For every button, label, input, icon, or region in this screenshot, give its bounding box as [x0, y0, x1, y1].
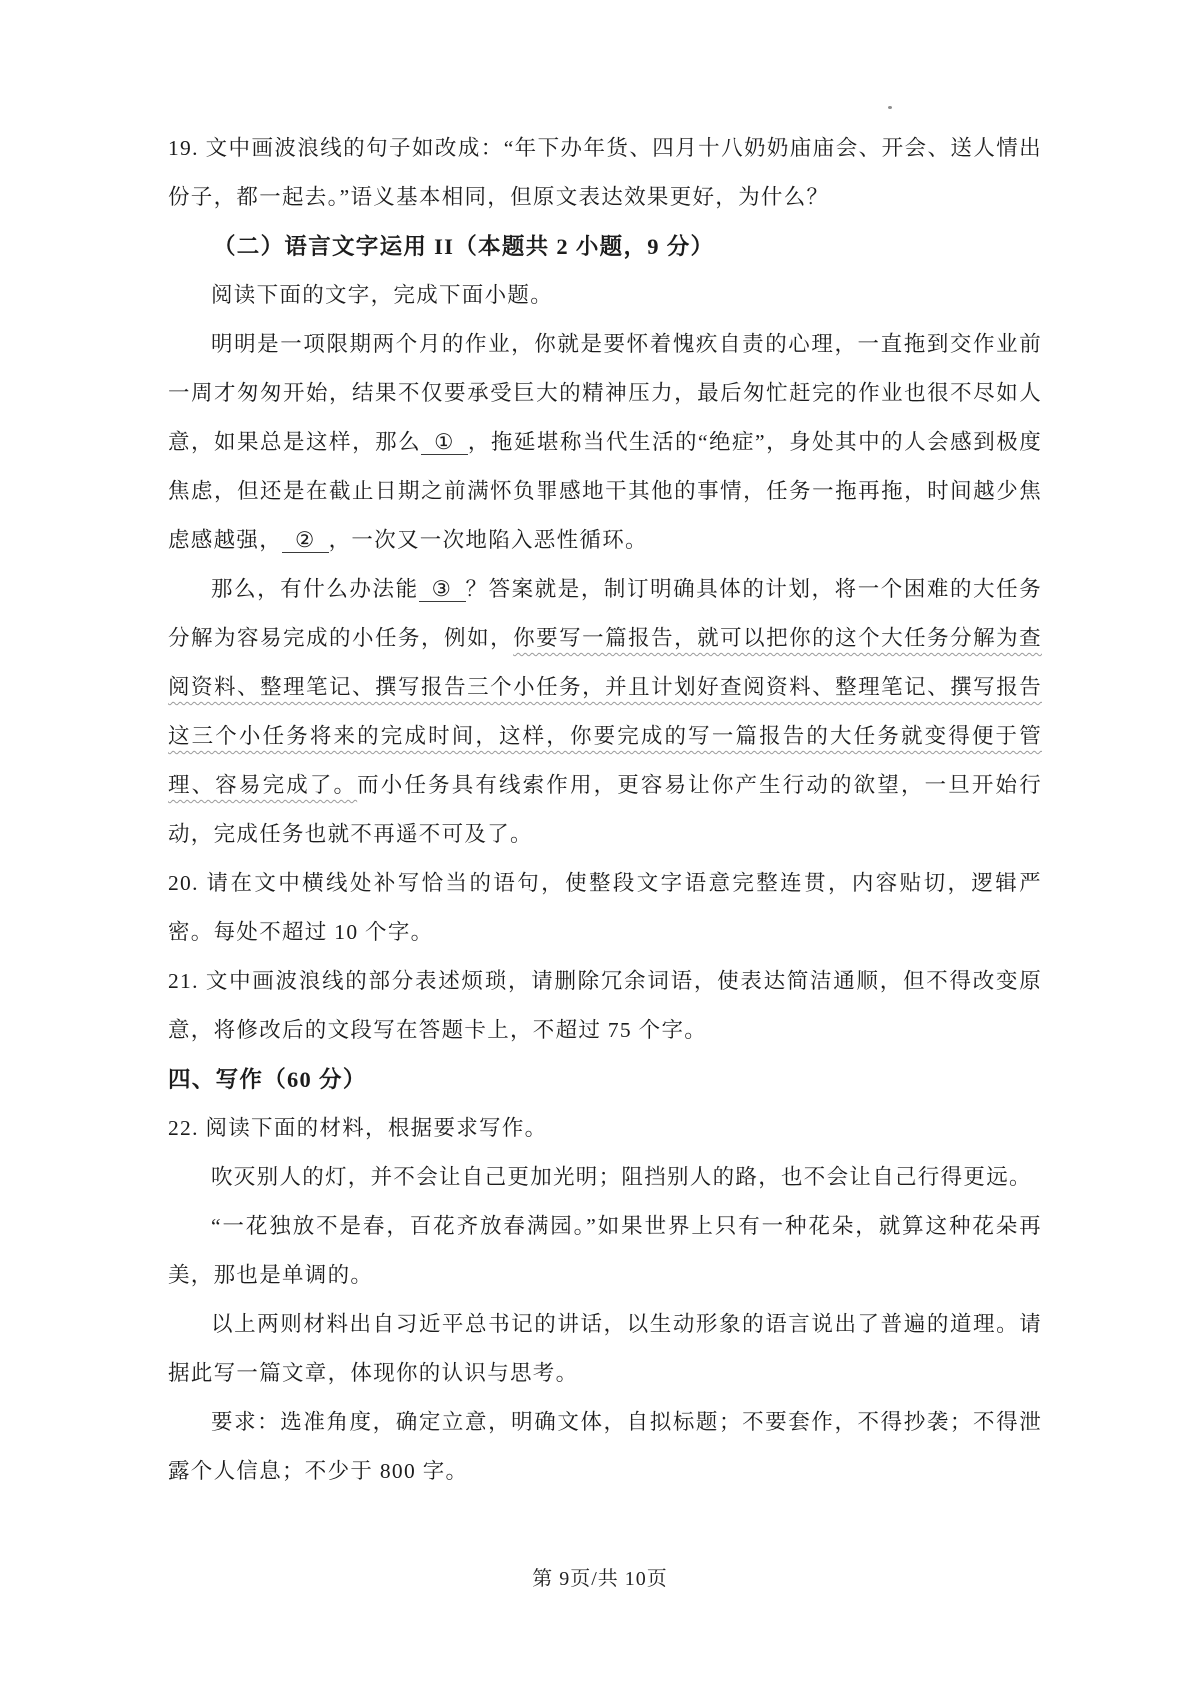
essay-material-1-text: 吹灭别人的灯，并不会让自己更加光明；阻挡别人的路，也不会让自己行得更远。: [211, 1165, 1032, 1189]
passage-p2-segment-1: 那么，有什么办法能: [211, 577, 419, 601]
question-21-text: 21. 文中画波浪线的部分表述烦琐，请删除冗余词语，使表达简洁通顺，但不得改变原…: [168, 969, 1042, 1042]
fill-in-blank-1: ①: [421, 430, 468, 455]
question-19: 19. 文中画波浪线的句子如改成：“年下办年货、四月十八奶奶庙庙会、开会、送人情…: [168, 124, 1042, 222]
section-lang2-heading: （二）语言文字运用 II（本题共 2 小题，9 分）: [168, 222, 1042, 271]
essay-material-1: 吹灭别人的灯，并不会让自己更加光明；阻挡别人的路，也不会让自己行得更远。: [168, 1153, 1042, 1202]
passage-lead-text: 阅读下面的文字，完成下面小题。: [211, 283, 553, 307]
section-lang2-heading-text: （二）语言文字运用 II（本题共 2 小题，9 分）: [213, 234, 714, 259]
essay-material-2-text: “一花独放不是春，百花齐放春满园。”如果世界上只有一种花朵，就算这种花朵再美，那…: [168, 1214, 1042, 1287]
essay-material-3: 以上两则材料出自习近平总书记的讲话，以生动形象的语言说出了普遍的道理。请据此写一…: [168, 1300, 1042, 1398]
fill-in-blank-3: ③: [419, 577, 466, 602]
section-writing-heading-text: 四、写作（60 分）: [168, 1067, 367, 1092]
essay-requirements: 要求：选准角度，确定立意，明确文体，自拟标题；不要套作，不得抄袭；不得泄露个人信…: [168, 1398, 1042, 1496]
question-19-text: 19. 文中画波浪线的句子如改成：“年下办年货、四月十八奶奶庙庙会、开会、送人情…: [168, 136, 1042, 209]
fill-in-blank-2: ②: [282, 528, 329, 553]
essay-material-2: “一花独放不是春，百花齐放春满园。”如果世界上只有一种花朵，就算这种花朵再美，那…: [168, 1202, 1042, 1300]
page-artifact-dot: [888, 106, 892, 109]
question-21: 21. 文中画波浪线的部分表述烦琐，请删除冗余词语，使表达简洁通顺，但不得改变原…: [168, 957, 1042, 1055]
essay-requirements-text: 要求：选准角度，确定立意，明确文体，自拟标题；不要套作，不得抄袭；不得泄露个人信…: [168, 1410, 1042, 1483]
passage-p1-segment-3: ，一次又一次地陷入恶性循环。: [329, 528, 648, 552]
section-writing-heading: 四、写作（60 分）: [168, 1055, 1042, 1104]
question-22-text: 22. 阅读下面的材料，根据要求写作。: [168, 1116, 547, 1140]
question-20-text: 20. 请在文中横线处补写恰当的语句，使整段文字语意完整连贯，内容贴切，逻辑严密…: [168, 871, 1042, 944]
exam-paper-page: 19. 文中画波浪线的句子如改成：“年下办年货、四月十八奶奶庙庙会、开会、送人情…: [0, 0, 1200, 1698]
essay-material-3-text: 以上两则材料出自习近平总书记的讲话，以生动形象的语言说出了普遍的道理。请据此写一…: [168, 1312, 1042, 1385]
question-22: 22. 阅读下面的材料，根据要求写作。: [168, 1104, 1042, 1153]
page-content: 19. 文中画波浪线的句子如改成：“年下办年货、四月十八奶奶庙庙会、开会、送人情…: [168, 124, 1042, 1496]
wavy-underlined-segment: 你要写一篇报告，就可以把你的这个大任务分解为查阅资料、整理笔记、撰写报告三个小任…: [168, 626, 1042, 797]
passage-paragraph-2: 那么，有什么办法能③？答案就是，制订明确具体的计划，将一个困难的大任务分解为容易…: [168, 565, 1042, 859]
page-number-text: 第 9页/共 10页: [532, 1568, 668, 1590]
passage-lead: 阅读下面的文字，完成下面小题。: [168, 271, 1042, 320]
passage-paragraph-1: 明明是一项限期两个月的作业，你就是要怀着愧疚自责的心理，一直拖到交作业前一周才匆…: [168, 320, 1042, 565]
question-20: 20. 请在文中横线处补写恰当的语句，使整段文字语意完整连贯，内容贴切，逻辑严密…: [168, 859, 1042, 957]
page-number-footer: 第 9页/共 10页: [0, 1562, 1200, 1591]
